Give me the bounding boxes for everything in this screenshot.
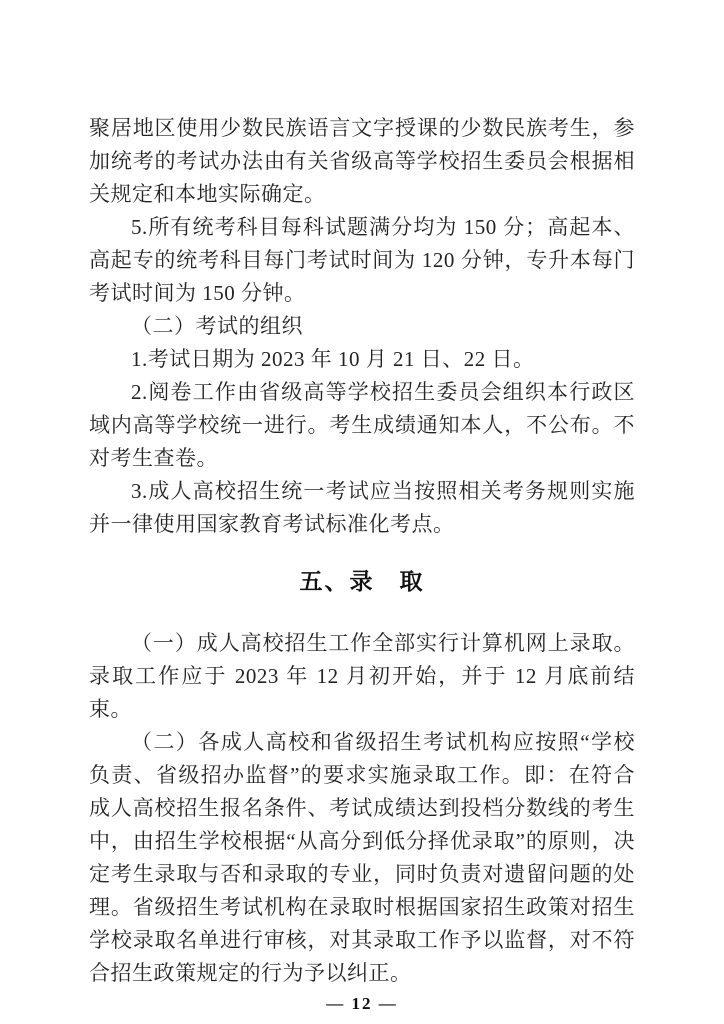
body-paragraph: 2.阅卷工作由省级高等学校招生委员会组织本行政区域内高等学校统一进行。考生成绩通…: [89, 376, 635, 475]
body-paragraph: （一）成人高校招生工作全部实行计算机网上录取。录取工作应于 2023 年 12 …: [89, 627, 635, 726]
document-page: 聚居地区使用少数民族语言文字授课的少数民族考生，参加统考的考试办法由有关省级高等…: [0, 0, 724, 1024]
body-paragraph: 1.考试日期为 2023 年 10 月 21 日、22 日。: [89, 343, 635, 376]
body-paragraph: 5.所有统考科目每科试题满分均为 150 分；高起本、高起专的统考科目每门考试时…: [89, 211, 635, 310]
subsection-title: （二）考试的组织: [89, 310, 635, 343]
page-number: — 12 —: [326, 994, 398, 1014]
page-footer: — 12 —: [89, 994, 635, 1014]
body-paragraph: 3.成人高校招生统一考试应当按照相关考务规则实施并一律使用国家教育考试标准化考点…: [89, 475, 635, 541]
section-heading: 五、录 取: [89, 565, 635, 598]
body-paragraph: 聚居地区使用少数民族语言文字授课的少数民族考生，参加统考的考试办法由有关省级高等…: [89, 112, 635, 211]
body-paragraph: （二）各成人高校和省级招生考试机构应按照“学校负责、省级招办监督”的要求实施录取…: [89, 726, 635, 990]
